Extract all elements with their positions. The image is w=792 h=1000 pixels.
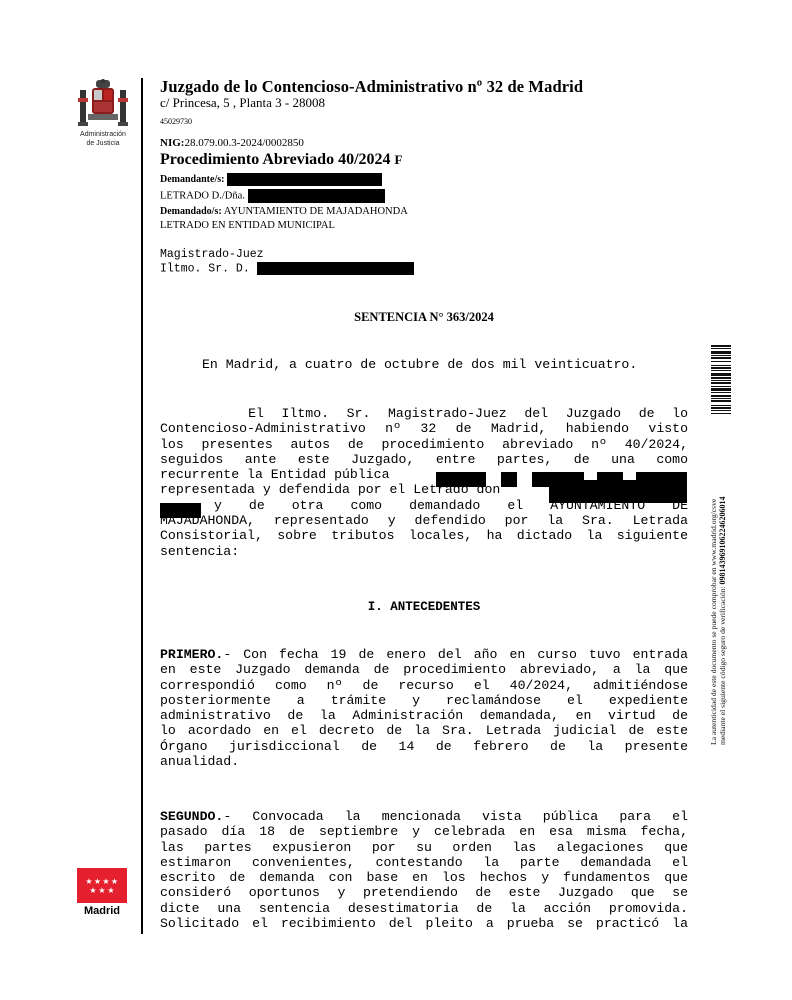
segundo-paragraph: SEGUNDO.- Convocada la mencionada vista …: [160, 809, 688, 931]
defendant-value: AYUNTAMIENTO DE MAJADAHONDA: [224, 206, 408, 217]
primero-text: - Con fecha 19 de enero del año en curso…: [223, 647, 688, 662]
intro-line: MAJADAHONDA, representado y defendido po…: [160, 513, 688, 528]
redacted-lawyer-name: [549, 487, 687, 503]
procedure-number: Procedimiento Abreviado 40/2024: [160, 151, 391, 168]
primero-line: en este Juzgado demanda de procedimiento…: [160, 662, 688, 677]
madrid-label: Madrid: [77, 905, 127, 917]
primero-label: PRIMERO.: [160, 647, 223, 662]
emblem-caption: Administración de Justicia: [66, 130, 140, 148]
plaintiff-lawyer-row: LETRADO D./Dña.: [160, 189, 385, 203]
nig: NIG:28.079.00.3-2024/0002850: [160, 137, 304, 149]
primero-line: lo acordado en el decreto de la Sra. Let…: [160, 723, 688, 738]
segundo-line: Solicitado el recibimiento del pleito a …: [160, 916, 688, 931]
segundo-text: - Convocada la mencionada vista pública …: [223, 809, 688, 824]
segundo-line: consideró oportunos y pretendiendo de es…: [160, 885, 688, 900]
redacted-entity-part: [501, 472, 517, 487]
barcode-icon: [711, 345, 731, 449]
redacted-judge-name: [257, 262, 414, 275]
emblem-caption-line1: Administración: [66, 130, 140, 139]
plaintiff-row: Demandante/s:: [160, 173, 382, 187]
procedure-suffix: F: [395, 152, 403, 167]
nig-value: 28.079.00.3-2024/0002850: [184, 137, 303, 149]
plaintiff-label: Demandante/s:: [160, 174, 224, 185]
segundo-line: las partes expusieron por su orden las a…: [160, 840, 688, 855]
emblem-caption-line2: de Justicia: [66, 139, 140, 148]
redacted-plaintiff-lawyer: [248, 189, 385, 203]
intro-line: los presentes autos de procedimiento abr…: [160, 437, 688, 452]
segundo-line: pasado día 18 de septiembre y celebrada …: [160, 824, 688, 839]
intro-line: seguidos ante este Juzgado, entre partes…: [160, 452, 688, 467]
plaintiff-lawyer-label: LETRADO D./Dña.: [160, 190, 245, 201]
segundo-label: SEGUNDO.: [160, 809, 223, 824]
primero-paragraph: PRIMERO.- Con fecha 19 de enero del año …: [160, 647, 688, 769]
intro-line: Consistorial, sobre tributos locales, ha…: [160, 528, 688, 543]
redaction-notch: [623, 472, 636, 480]
court-code: 45029730: [160, 117, 192, 126]
redacted-entity-part: [532, 472, 687, 487]
svg-text:★: ★: [85, 877, 92, 886]
defendant-label: Demandado/s:: [160, 206, 222, 217]
svg-text:★: ★: [102, 877, 109, 886]
stars-icon: ★★★★ ★★★: [84, 877, 120, 895]
court-address: c/ Princesa, 5 , Planta 3 - 28008: [160, 95, 325, 111]
svg-text:★: ★: [107, 886, 114, 895]
court-name: Juzgado de lo Contencioso-Administrativo…: [160, 77, 583, 97]
svg-text:★: ★: [94, 877, 101, 886]
verification-line1: La autenticidad de este documento se pue…: [709, 455, 718, 745]
judge-role: Magistrado-Juez: [160, 248, 264, 261]
primero-line: correspondió como nº de recurso el 40/20…: [160, 678, 688, 693]
primero-line: PRIMERO.- Con fecha 19 de enero del año …: [160, 647, 688, 662]
intro-line: Contencioso-Administrativo nº 32 de Madr…: [160, 421, 688, 436]
segundo-line: estimaron convenientes, contestando la p…: [160, 855, 688, 870]
madrid-flag-logo: ★★★★ ★★★: [77, 868, 127, 903]
svg-text:★: ★: [111, 877, 118, 886]
sentencia-title: SENTENCIA N° 363/2024: [160, 310, 688, 325]
coat-of-arms-icon: [72, 78, 134, 130]
verification-line2: mediante el siguiente código seguro de v…: [718, 455, 727, 745]
nig-label: NIG:: [160, 137, 184, 149]
intro-line: sentencia:: [160, 544, 688, 559]
primero-line: administrativo de la Administración dema…: [160, 708, 688, 723]
segundo-line: dicte una sentencia desestimatoria de la…: [160, 901, 688, 916]
margin-rule: [141, 78, 143, 934]
judge-title: Iltmo. Sr. D.: [160, 263, 250, 276]
intro-line: El Iltmo. Sr. Magistrado-Juez del Juzgad…: [160, 406, 688, 421]
defendant-row: Demandado/s: AYUNTAMIENTO DE MAJADAHONDA: [160, 205, 408, 219]
procedure-title: Procedimiento Abreviado 40/2024 F: [160, 151, 402, 169]
svg-text:★: ★: [98, 886, 105, 895]
segundo-line: escrito de demanda con base en los hecho…: [160, 870, 688, 885]
segundo-line: SEGUNDO.- Convocada la mencionada vista …: [160, 809, 688, 824]
primero-line: anualidad.: [160, 754, 688, 769]
defendant-lawyer: LETRADO EN ENTIDAD MUNICIPAL: [160, 219, 335, 233]
redaction-notch: [584, 472, 597, 480]
verification-label: mediante el siguiente código seguro de v…: [718, 586, 727, 745]
primero-line: posteriormente a trámite y reclamándose …: [160, 693, 688, 708]
redacted-entity-part: [436, 472, 486, 487]
svg-text:★: ★: [89, 886, 96, 895]
verification-code: 0981439691062246206014: [718, 497, 727, 585]
redacted-lawyer-name-cont: [160, 503, 201, 518]
date-line: En Madrid, a cuatro de octubre de dos mi…: [202, 357, 637, 372]
antecedentes-title: I. ANTECEDENTES: [160, 600, 688, 614]
verification-notice: La autenticidad de este documento se pue…: [709, 455, 727, 745]
judge-title-row: Iltmo. Sr. D.: [160, 262, 414, 276]
primero-line: Órgano jurisdiccional de 14 de febrero d…: [160, 739, 688, 754]
redacted-plaintiff: [227, 173, 382, 186]
